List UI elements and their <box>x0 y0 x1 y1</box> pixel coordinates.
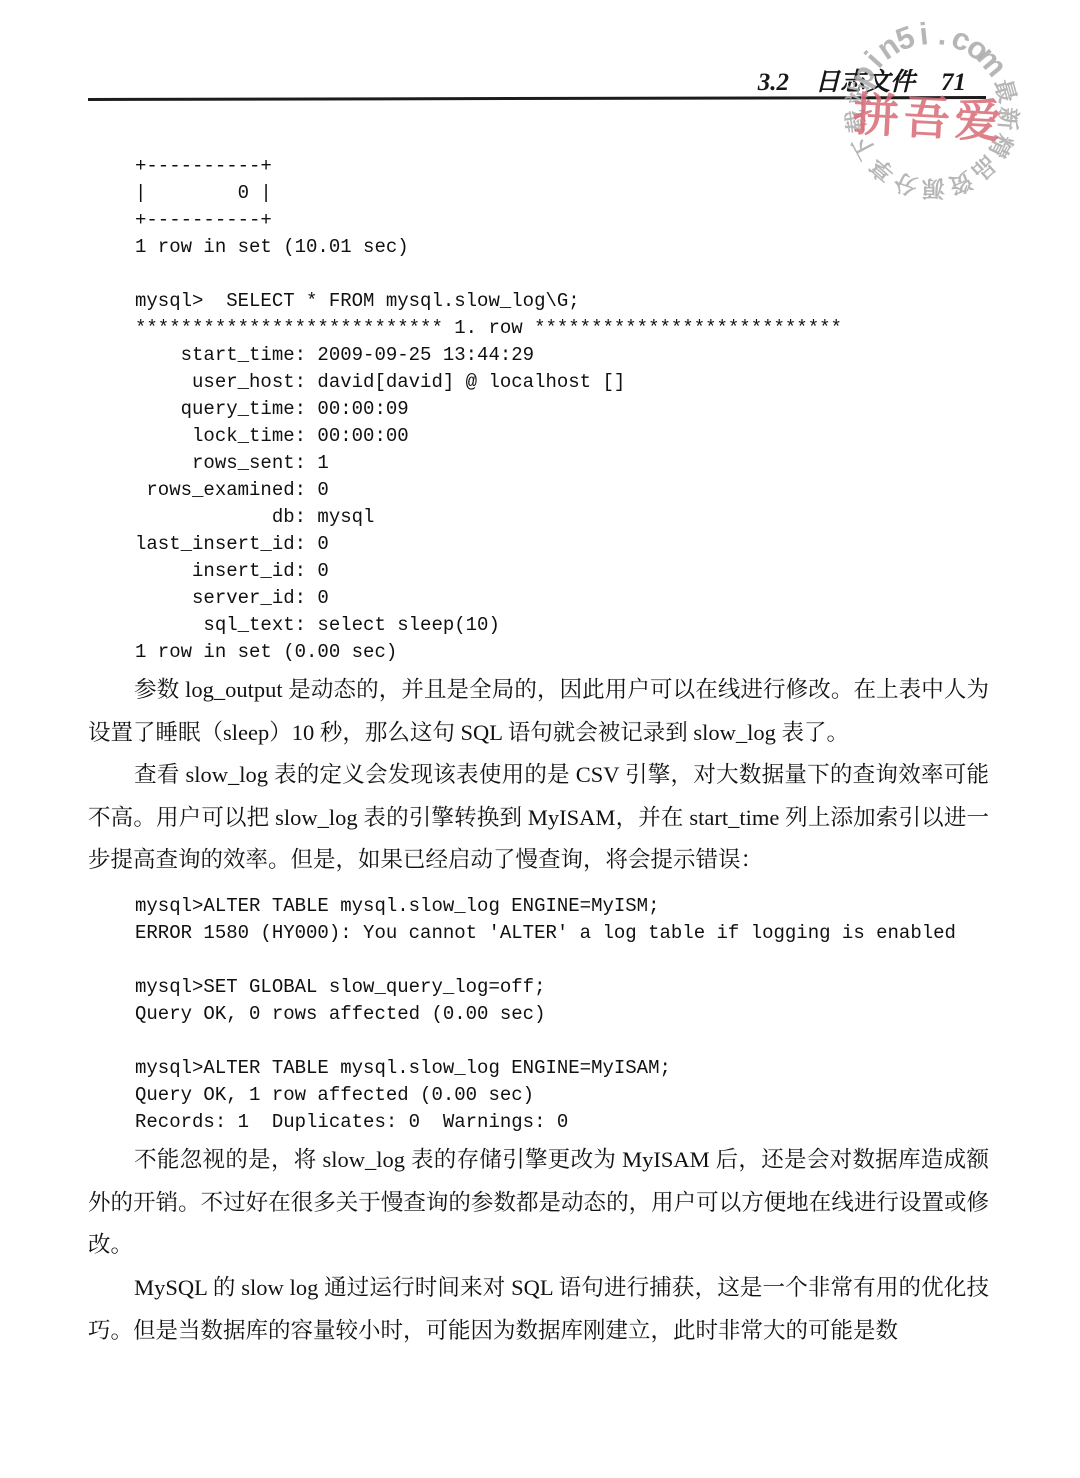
page-number: 71 <box>941 69 966 96</box>
paragraph-log-output: 参数 log_output 是动态的，并且是全局的，因此用户可以在线进行修改。在… <box>88 669 989 754</box>
paragraph-slow-log-capture: MySQL 的 slow log 通过运行时间来对 SQL 语句进行捕获，这是一… <box>88 1267 989 1352</box>
watermark-ring-char: 品 <box>966 149 1005 189</box>
book-page-scan: 3.2日志文件71 +----------+ | 0 | +----------… <box>0 0 1080 1478</box>
watermark-ring-char: 分 <box>889 166 922 205</box>
watermark-ring-char: m <box>969 40 1014 84</box>
section-title: 日志文件 <box>815 69 915 96</box>
console-output-slow-log-query: +----------+ | 0 | +----------+ 1 row in… <box>135 153 842 666</box>
section-number: 3.2 <box>758 69 789 96</box>
watermark-ring-char: i <box>918 16 930 53</box>
page-header: 3.2日志文件71 <box>758 62 966 98</box>
watermark-ring-char: 资 <box>944 165 978 204</box>
watermark-ring-char: 最 <box>988 75 1026 106</box>
console-output-alter-table: mysql>ALTER TABLE mysql.slow_log ENGINE=… <box>135 893 956 1136</box>
watermark-ring-char: 精 <box>982 129 1022 164</box>
watermark-ring-char: 享 <box>861 151 900 191</box>
header-rule <box>88 96 986 101</box>
watermark-ring-char: 5 <box>891 19 920 59</box>
watermark-ring-char: . <box>936 16 950 53</box>
paragraph-csv-engine: 查看 slow_log 表的定义会发现该表使用的是 CSV 引擎，对大数据量下的… <box>88 754 989 882</box>
watermark-ring-char: 源 <box>922 173 946 206</box>
watermark-ring-char: 新 <box>992 106 1027 132</box>
watermark-ring-char: c <box>946 20 975 60</box>
watermark-ring-char: 载 <box>837 108 873 135</box>
watermark-ring-char: 下 <box>843 131 883 167</box>
paragraph-myisam-overhead: 不能忽视的是，将 slow_log 表的存储引擎更改为 MyISAM 后，还是会… <box>88 1139 989 1267</box>
